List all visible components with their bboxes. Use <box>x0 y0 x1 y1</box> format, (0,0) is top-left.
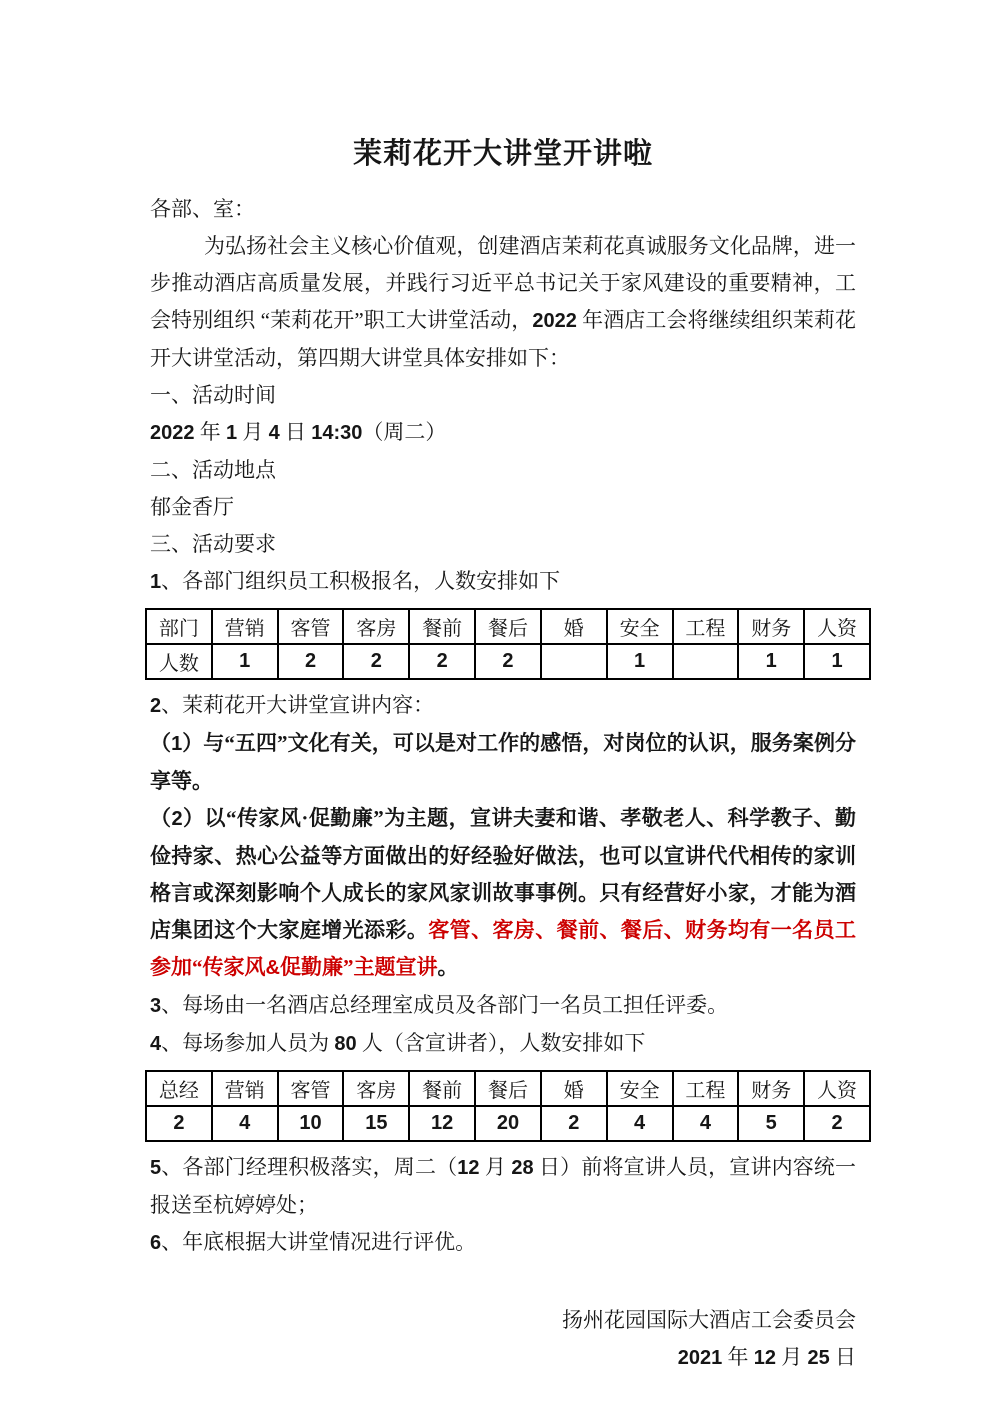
table-cell-value: 2 <box>173 1112 184 1134</box>
table-cell: 1 <box>804 644 870 679</box>
text-run: 25 <box>808 1347 830 1369</box>
text-run: 。 <box>437 955 458 979</box>
text-run: 80 <box>334 1033 356 1055</box>
table-cell: 安全 <box>607 609 673 644</box>
table-cell: 2 <box>409 644 475 679</box>
table-cell: 婚 <box>541 1071 607 1106</box>
section-2-heading: 二、活动地点 <box>150 452 856 489</box>
text-run: 4 <box>269 422 280 444</box>
text-run: 1 <box>226 422 237 444</box>
table-cell-value: 2 <box>568 1112 579 1134</box>
table-cell-value: 2 <box>371 650 382 672</box>
table-cell <box>541 644 607 679</box>
table-row: 241015122024452 <box>146 1106 870 1141</box>
intro-paragraph: 为弘扬社会主义核心价值观，创建酒店茉莉花真诚服务文化品牌，进一步推动酒店高质量发… <box>150 228 856 377</box>
table-cell: 客管 <box>278 1071 344 1106</box>
text-run: ）与“五四”文化有关，可以是对工作的感悟，对岗位的认识，服务案例分享等。 <box>150 731 856 793</box>
document-page: 茉莉花开大讲堂开讲啦 各部、室：为弘扬社会主义核心价值观，创建酒店茉莉花真诚服务… <box>0 0 1000 1414</box>
table-row: 人数12222111 <box>146 644 870 679</box>
table-cell <box>673 644 739 679</box>
table-cell: 20 <box>475 1106 541 1141</box>
table-cell: 餐前 <box>409 1071 475 1106</box>
text-run: 、各部门经理积极落实，周二（ <box>161 1155 457 1179</box>
table-cell: 工程 <box>673 1071 739 1106</box>
table-cell: 1 <box>212 644 278 679</box>
table-cell-value: 4 <box>634 1112 645 1134</box>
section-1-heading: 一、活动时间 <box>150 377 856 414</box>
table-cell: 人资 <box>804 609 870 644</box>
table-cell: 2 <box>343 644 409 679</box>
document-title: 茉莉花开大讲堂开讲啦 <box>150 134 856 174</box>
text-run: 6 <box>150 1232 161 1254</box>
attendance-table: 总经营销客管客房餐前餐后婚安全工程财务人资241015122024452 <box>145 1070 871 1142</box>
text-run: 12 <box>457 1157 479 1179</box>
table-cell-value: 1 <box>239 650 250 672</box>
requirement-3: 3、每场由一名酒店总经理室成员及各部门一名员工担任评委。 <box>150 987 856 1025</box>
table-cell: 5 <box>738 1106 804 1141</box>
table-cell: 财务 <box>738 609 804 644</box>
activity-location: 郁金香厅 <box>150 489 856 526</box>
table-cell: 2 <box>475 644 541 679</box>
text-run: 三、活动要求 <box>150 532 276 556</box>
text-run: 2 <box>150 695 161 717</box>
table-cell: 人资 <box>804 1071 870 1106</box>
salutation: 各部、室： <box>150 191 856 228</box>
table-cell-value: 4 <box>239 1112 250 1134</box>
text-run: 2022 <box>150 422 195 444</box>
text-run: 各部、室： <box>150 197 255 221</box>
table-cell-value: 2 <box>305 650 316 672</box>
text-run: 12 <box>754 1347 776 1369</box>
document-content: 茉莉花开大讲堂开讲啦 各部、室：为弘扬社会主义核心价值观，创建酒店茉莉花真诚服务… <box>150 134 856 1377</box>
requirement-1: 1、各部门组织员工积极报名，人数安排如下 <box>150 563 856 601</box>
table-cell-value: 4 <box>700 1112 711 1134</box>
requirement-5: 5、各部门经理积极落实，周二（12 月 28 日）前将宣讲人员，宣讲内容统一报送… <box>150 1149 856 1224</box>
text-run: 28 <box>511 1157 533 1179</box>
table-row: 总经营销客管客房餐前餐后婚安全工程财务人资 <box>146 1071 870 1106</box>
text-run: 年 <box>722 1345 754 1369</box>
table-cell: 客房 <box>343 1071 409 1106</box>
table-cell: 客管 <box>278 609 344 644</box>
table-cell: 客房 <box>343 609 409 644</box>
content-item-1: （1）与“五四”文化有关，可以是对工作的感悟，对岗位的认识，服务案例分享等。 <box>150 725 856 800</box>
table-cell: 10 <box>278 1106 344 1141</box>
text-run: 1 <box>150 571 161 593</box>
table-cell: 营销 <box>212 609 278 644</box>
text-run: 扬州花园国际大酒店工会委员会 <box>562 1308 856 1332</box>
text-run: （周二） <box>362 420 446 444</box>
text-run: 14:30 <box>311 422 362 444</box>
requirement-4: 4、每场参加人员为 80 人（含宣讲者），人数安排如下 <box>150 1025 856 1063</box>
table-cell-value: 20 <box>497 1112 519 1134</box>
table-cell: 2 <box>146 1106 212 1141</box>
content-item-2: （2）以“传家风·促勤廉”为主题，宣讲夫妻和谐、孝敬老人、科学教子、勤俭持家、热… <box>150 800 856 987</box>
table-cell-value: 2 <box>832 1112 843 1134</box>
table-cell: 15 <box>343 1106 409 1141</box>
text-run: 二、活动地点 <box>150 458 276 482</box>
text-run: 、茉莉花开大讲堂宣讲内容： <box>161 693 434 717</box>
highlight-red-text: & <box>266 957 280 979</box>
table-cell-value: 5 <box>766 1112 777 1134</box>
table-cell-value: 1 <box>832 650 843 672</box>
table-cell: 总经 <box>146 1071 212 1106</box>
table-cell: 营销 <box>212 1071 278 1106</box>
table-cell: 1 <box>607 644 673 679</box>
highlight-red-text: 促勤廉”主题宣讲 <box>280 955 438 979</box>
text-run: 3 <box>150 995 161 1017</box>
text-run: 1 <box>171 733 182 755</box>
table-cell: 餐后 <box>475 1071 541 1106</box>
signup-table: 部门营销客管客房餐前餐后婚安全工程财务人资人数12222111 <box>145 608 871 680</box>
table-cell-value: 1 <box>766 650 777 672</box>
text-run: 、每场由一名酒店总经理室成员及各部门一名员工担任评委。 <box>161 993 728 1017</box>
text-run: 4 <box>150 1033 161 1055</box>
text-run: 年 <box>195 420 227 444</box>
table-cell-value: 10 <box>299 1112 321 1134</box>
text-run: 5 <box>150 1157 161 1179</box>
text-run: 人（含宣讲者），人数安排如下 <box>357 1031 646 1055</box>
signature-date: 2021 年 12 月 25 日 <box>150 1339 856 1377</box>
text-run: 、每场参加人员为 <box>161 1031 334 1055</box>
table-cell-value: 2 <box>437 650 448 672</box>
text-run: 月 <box>237 420 269 444</box>
table-cell: 婚 <box>541 609 607 644</box>
table-cell: 2 <box>804 1106 870 1141</box>
table-cell: 人数 <box>146 644 212 679</box>
table-cell: 4 <box>673 1106 739 1141</box>
table-cell-value: 1 <box>634 650 645 672</box>
section-3-heading: 三、活动要求 <box>150 526 856 563</box>
text-run: 一、活动时间 <box>150 383 276 407</box>
text-run: 郁金香厅 <box>150 495 234 519</box>
activity-time: 2022 年 1 月 4 日 14:30（周二） <box>150 414 856 452</box>
table-cell-value: 2 <box>502 650 513 672</box>
table-cell: 餐前 <box>409 609 475 644</box>
text-run: 月 <box>479 1155 511 1179</box>
text-run: （ <box>150 806 171 830</box>
table-cell: 4 <box>212 1106 278 1141</box>
table-cell: 1 <box>738 644 804 679</box>
table-cell: 4 <box>607 1106 673 1141</box>
table-row: 部门营销客管客房餐前餐后婚安全工程财务人资 <box>146 609 870 644</box>
table-cell: 餐后 <box>475 609 541 644</box>
table-cell: 安全 <box>607 1071 673 1106</box>
document-body: 各部、室：为弘扬社会主义核心价值观，创建酒店茉莉花真诚服务文化品牌，进一步推动酒… <box>150 191 856 1377</box>
signature-org: 扬州花园国际大酒店工会委员会 <box>150 1302 856 1339</box>
requirement-6: 6、年底根据大讲堂情况进行评优。 <box>150 1224 856 1262</box>
text-run: 2 <box>171 808 182 830</box>
text-run: 日 <box>830 1345 856 1369</box>
text-run: 2021 <box>678 1347 723 1369</box>
text-run: （ <box>150 731 171 755</box>
table-cell: 12 <box>409 1106 475 1141</box>
table-cell: 工程 <box>673 609 739 644</box>
text-run: 日 <box>280 420 312 444</box>
text-run: 2022 <box>532 310 577 332</box>
table-cell-value: 15 <box>365 1112 387 1134</box>
text-run: 、各部门组织员工积极报名，人数安排如下 <box>161 569 560 593</box>
text-run: 、年底根据大讲堂情况进行评优。 <box>161 1230 476 1254</box>
table-cell: 2 <box>541 1106 607 1141</box>
table-cell: 财务 <box>738 1071 804 1106</box>
table-cell: 部门 <box>146 609 212 644</box>
table-cell-value: 12 <box>431 1112 453 1134</box>
text-run: 月 <box>776 1345 808 1369</box>
requirement-2: 2、茉莉花开大讲堂宣讲内容： <box>150 687 856 725</box>
table-cell: 2 <box>278 644 344 679</box>
